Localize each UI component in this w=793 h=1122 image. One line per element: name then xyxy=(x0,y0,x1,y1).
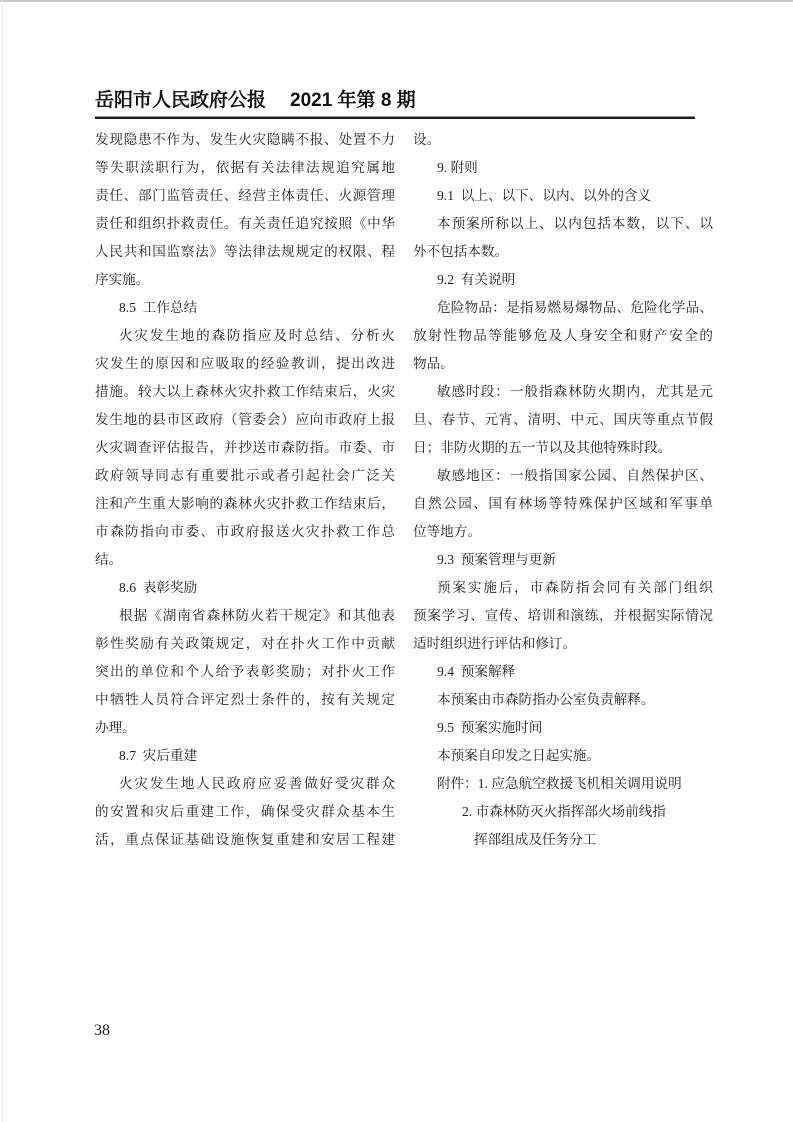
text-line: 灾发生的原因和应吸取的经验教训，提出改进 xyxy=(95,350,395,378)
text-line: 等失职渎职行为，依据有关法律法规追究属地 xyxy=(95,154,395,182)
text-line: 本预案自印发之日起实施。 xyxy=(413,742,713,770)
text-line: 适时组织进行评估和修订。 xyxy=(413,630,713,658)
text-line: 结。 xyxy=(95,546,395,574)
text-line: 挥部组成及任务分工 xyxy=(413,826,713,854)
text-line: 序实施。 xyxy=(95,266,395,294)
masthead: 岳阳市人民政府公报2021 年第 8 期 xyxy=(95,90,695,112)
text-line: 9.2 有关说明 xyxy=(413,266,713,294)
page-number: 38 xyxy=(94,1021,110,1041)
masthead-rule xyxy=(95,116,695,119)
text-line: 突出的单位和个人给予表彰奖励；对扑火工作 xyxy=(95,658,395,686)
text-line: 敏感时段：一般指森林防火期内，尤其是元 xyxy=(413,378,713,406)
text-line: 中牺牲人员符合评定烈士条件的，按有关规定 xyxy=(95,686,395,714)
text-line: 9.3 预案管理与更新 xyxy=(413,546,713,574)
text-line: 敏感地区：一般指国家公园、自然保护区、 xyxy=(413,462,713,490)
text-line: 设。 xyxy=(413,126,713,154)
text-line: 位等地方。 xyxy=(413,518,713,546)
text-line: 注和产生重大影响的森林火灾扑救工作结束后， xyxy=(95,490,395,518)
text-line: 市森防指向市委、市政府报送火灾扑救工作总 xyxy=(95,518,395,546)
text-line: 火灾发生地的森防指应及时总结、分析火 xyxy=(95,322,395,350)
text-line: 2. 市森林防灭火指挥部火场前线指 xyxy=(413,798,713,826)
text-line: 办理。 xyxy=(95,714,395,742)
text-line: 8.5 工作总结 xyxy=(95,294,395,322)
text-line: 外不包括本数。 xyxy=(413,238,713,266)
gazette-title: 岳阳市人民政府公报 xyxy=(95,90,266,111)
text-line: 活，重点保证基础设施恢复重建和安居工程建 xyxy=(95,826,395,854)
text-line: 物品。 xyxy=(413,350,713,378)
text-line: 预案学习、宣传、培训和演练，并根据实际情况 xyxy=(413,602,713,630)
scan-top-edge xyxy=(0,0,793,2)
text-line: 日；非防火期的五一节以及其他特殊时段。 xyxy=(413,434,713,462)
text-line: 责任、部门监管责任、经营主体责任、火源管理 xyxy=(95,182,395,210)
text-line: 责任和组织扑救责任。有关责任追究按照《中华 xyxy=(95,210,395,238)
text-line: 火灾发生地人民政府应妥善做好受灾群众 xyxy=(95,770,395,798)
text-line: 自然公园、国有林场等特殊保护区域和军事单 xyxy=(413,490,713,518)
gazette-issue: 2021 年第 8 期 xyxy=(290,90,416,111)
scan-left-edge xyxy=(2,0,3,1122)
text-line: 发现隐患不作为、发生火灾隐瞒不报、处置不力 xyxy=(95,126,395,154)
document-body: 发现隐患不作为、发生火灾隐瞒不报、处置不力等失职渎职行为，依据有关法律法规追究属… xyxy=(95,126,713,854)
text-line: 彰性奖励有关政策规定，对在扑火工作中贡献 xyxy=(95,630,395,658)
text-line: 8.6 表彰奖励 xyxy=(95,574,395,602)
text-line: 本预案所称以上、以内包括本数，以下、以 xyxy=(413,210,713,238)
text-line: 政府领导同志有重要批示或者引起社会广泛关 xyxy=(95,462,395,490)
text-line: 9.5 预案实施时间 xyxy=(413,714,713,742)
text-line: 附件：1. 应急航空救援飞机相关调用说明 xyxy=(413,770,713,798)
text-line: 火灾调查评估报告，并抄送市森防指。市委、市 xyxy=(95,434,395,462)
text-line: 发生地的县市区政府（管委会）应向市政府上报 xyxy=(95,406,395,434)
text-line: 人民共和国监察法》等法律法规规定的权限、程 xyxy=(95,238,395,266)
text-line: 本预案由市森防指办公室负责解释。 xyxy=(413,686,713,714)
text-line: 根据《湖南省森林防火若干规定》和其他表 xyxy=(95,602,395,630)
text-line: 的安置和灾后重建工作，确保受灾群众基本生 xyxy=(95,798,395,826)
text-line: 8.7 灾后重建 xyxy=(95,742,395,770)
text-line: 措施。较大以上森林火灾扑救工作结束后，火灾 xyxy=(95,378,395,406)
text-line: 9.1 以上、以下、以内、以外的含义 xyxy=(413,182,713,210)
text-line: 旦、春节、元宵、清明、中元、国庆等重点节假 xyxy=(413,406,713,434)
text-line: 9.4 预案解释 xyxy=(413,658,713,686)
left-column: 发现隐患不作为、发生火灾隐瞒不报、处置不力等失职渎职行为，依据有关法律法规追究属… xyxy=(95,126,395,854)
text-line: 预案实施后，市森防指会同有关部门组织 xyxy=(413,574,713,602)
text-line: 9. 附则 xyxy=(413,154,713,182)
text-line: 放射性物品等能够危及人身安全和财产安全的 xyxy=(413,322,713,350)
text-line: 危险物品：是指易燃易爆物品、危险化学品、 xyxy=(413,294,713,322)
right-column: 设。9. 附则9.1 以上、以下、以内、以外的含义本预案所称以上、以内包括本数，… xyxy=(413,126,713,854)
